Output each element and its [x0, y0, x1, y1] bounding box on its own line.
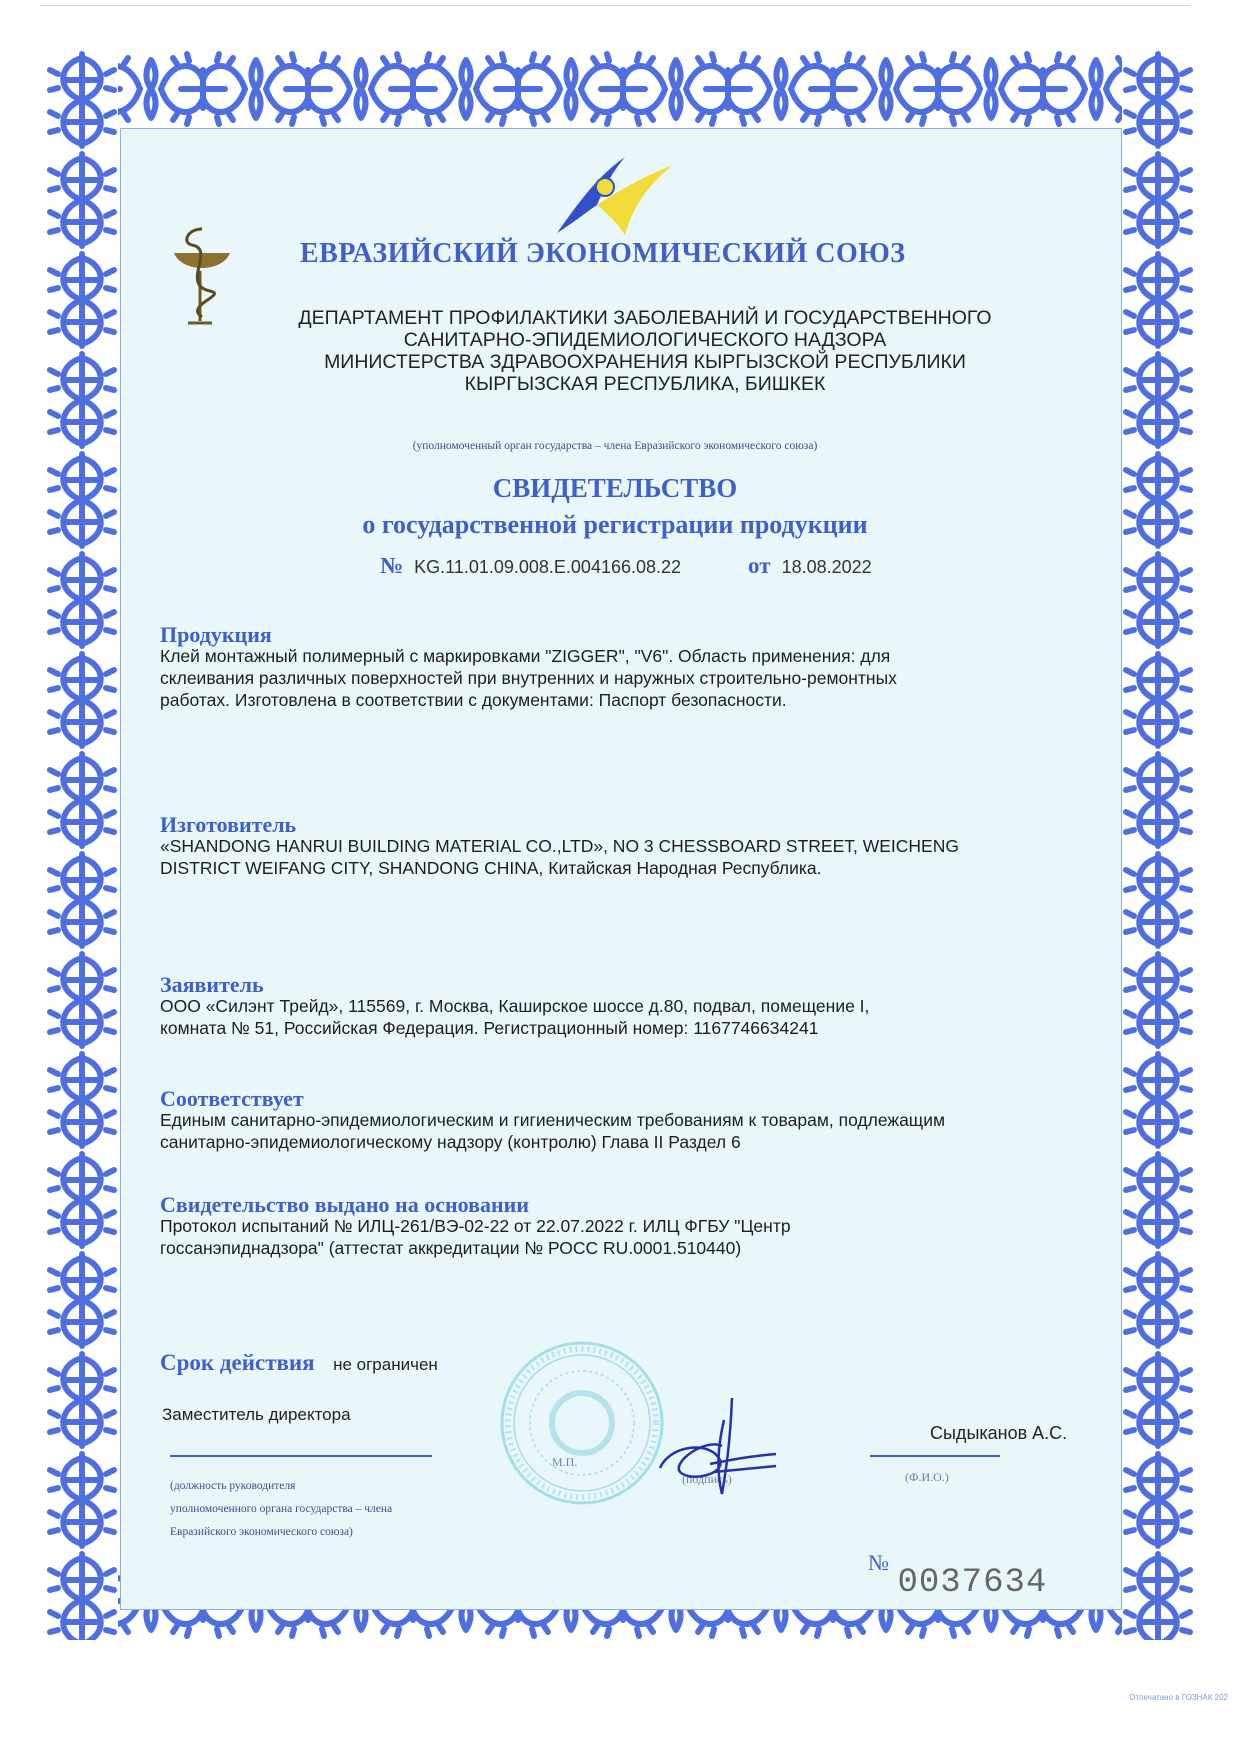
section-line: склеивания различных поверхностей при вн…: [160, 667, 1110, 689]
certificate-title: СВИДЕТЕЛЬСТВО: [200, 473, 1030, 504]
signer-position: Заместитель директора: [162, 1405, 351, 1425]
department-line: САНИТАРНО-ЭПИДЕМИОЛОГИЧЕСКОГО НАДЗОРА: [180, 329, 1110, 351]
registration-date: 18.08.2022: [782, 557, 872, 577]
blank-serial-number: № 0037634: [868, 1550, 1047, 1588]
ornament-border-left: [46, 50, 118, 1640]
section-line: Клей монтажный полимерный с маркировками…: [160, 645, 1110, 667]
department-line: КЫРГЫЗСКАЯ РЕСПУБЛИКА, БИШКЕК: [180, 373, 1110, 395]
caption-line: (должность руководителя: [170, 1475, 500, 1498]
date-label: от: [748, 553, 771, 578]
serial-number-sign: №: [868, 1550, 889, 1575]
position-underline: [170, 1455, 432, 1457]
department-line: МИНИСТЕРСТВА ЗДРАВООХРАНЕНИЯ КЫРГЫЗСКОЙ …: [180, 351, 1110, 373]
section-basis: Свидетельство выдано на основании Проток…: [160, 1195, 1110, 1259]
name-underline: [870, 1455, 1000, 1457]
section-manufacturer: Изготовитель «SHANDONG HANRUI BUILDING M…: [160, 815, 1110, 879]
section-heading: Изготовитель: [160, 815, 1110, 835]
issuing-department: ДЕПАРТАМЕНТ ПРОФИЛАКТИКИ ЗАБОЛЕВАНИЙ И Г…: [180, 307, 1110, 395]
ornament-border-right: [1122, 50, 1194, 1640]
section-line: работах. Изготовлена в соответствии с до…: [160, 689, 1110, 711]
caption-line: Евразийского экономического союза): [170, 1521, 500, 1544]
registration-number-row: № KG.11.01.09.008.E.004166.08.22 от 18.0…: [380, 553, 872, 579]
validity-value: не ограничен: [333, 1355, 438, 1374]
section-line: «SHANDONG HANRUI BUILDING MATERIAL CO.,L…: [160, 835, 1110, 857]
registration-number: KG.11.01.09.008.E.004166.08.22: [414, 557, 681, 577]
validity-label: Срок действия: [160, 1350, 315, 1375]
signer-name: Сыдыканов А.С.: [930, 1423, 1067, 1444]
section-line: комната № 51, Российская Федерация. Реги…: [160, 1017, 1110, 1039]
serial-number: 0037634: [897, 1564, 1047, 1602]
section-line: ООО «Силэнт Трейд», 115569, г. Москва, К…: [160, 995, 1110, 1017]
section-heading: Свидетельство выдано на основании: [160, 1195, 1110, 1215]
stamp-label: М.П.: [552, 1455, 577, 1470]
department-line: ДЕПАРТАМЕНТ ПРОФИЛАКТИКИ ЗАБОЛЕВАНИЙ И Г…: [180, 307, 1110, 329]
certificate-subtitle: о государственной регистрации продукции: [200, 510, 1030, 540]
section-heading: Соответствует: [160, 1089, 1110, 1109]
section-heading: Заявитель: [160, 975, 1110, 995]
printer-mark: Отпечатано в ГОЗНАК 202: [1129, 1693, 1228, 1702]
union-title: ЕВРАЗИЙСКИЙ ЭКОНОМИЧЕСКИЙ СОЮЗ: [300, 238, 950, 270]
section-line: Протокол испытаний № ИЛЦ-261/ВЭ-02-22 от…: [160, 1215, 1110, 1237]
number-sign: №: [380, 553, 403, 578]
validity-row: Срок действия не ограничен: [160, 1350, 438, 1376]
ornament-border-top: [46, 50, 1194, 128]
official-stamp-icon: [497, 1338, 667, 1513]
section-conforms: Соответствует Единым санитарно-эпидемиол…: [160, 1089, 1110, 1153]
section-heading: Продукция: [160, 625, 1110, 645]
eaeu-emblem-icon: [555, 153, 675, 243]
caption-line: уполномоченного органа государства – чле…: [170, 1498, 500, 1521]
section-line: Единым санитарно-эпидемиологическим и ги…: [160, 1109, 1110, 1131]
section-line: госсанэпиднадзора" (аттестат аккредитаци…: [160, 1237, 1110, 1259]
section-product: Продукция Клей монтажный полимерный с ма…: [160, 625, 1110, 711]
authority-note: (уполномоченный орган государства – член…: [200, 440, 1030, 452]
handwritten-signature-icon: [650, 1390, 780, 1505]
section-applicant: Заявитель ООО «Силэнт Трейд», 115569, г.…: [160, 975, 1110, 1039]
scan-top-edge: [40, 5, 1190, 6]
name-caption: (Ф.И.О.): [905, 1470, 949, 1485]
position-caption: (должность руководителя уполномоченного …: [170, 1475, 500, 1544]
section-line: DISTRICT WEIFANG CITY, SHANDONG CHINA, К…: [160, 857, 1110, 879]
section-line: санитарно-эпидемиологическому надзору (к…: [160, 1131, 1110, 1153]
